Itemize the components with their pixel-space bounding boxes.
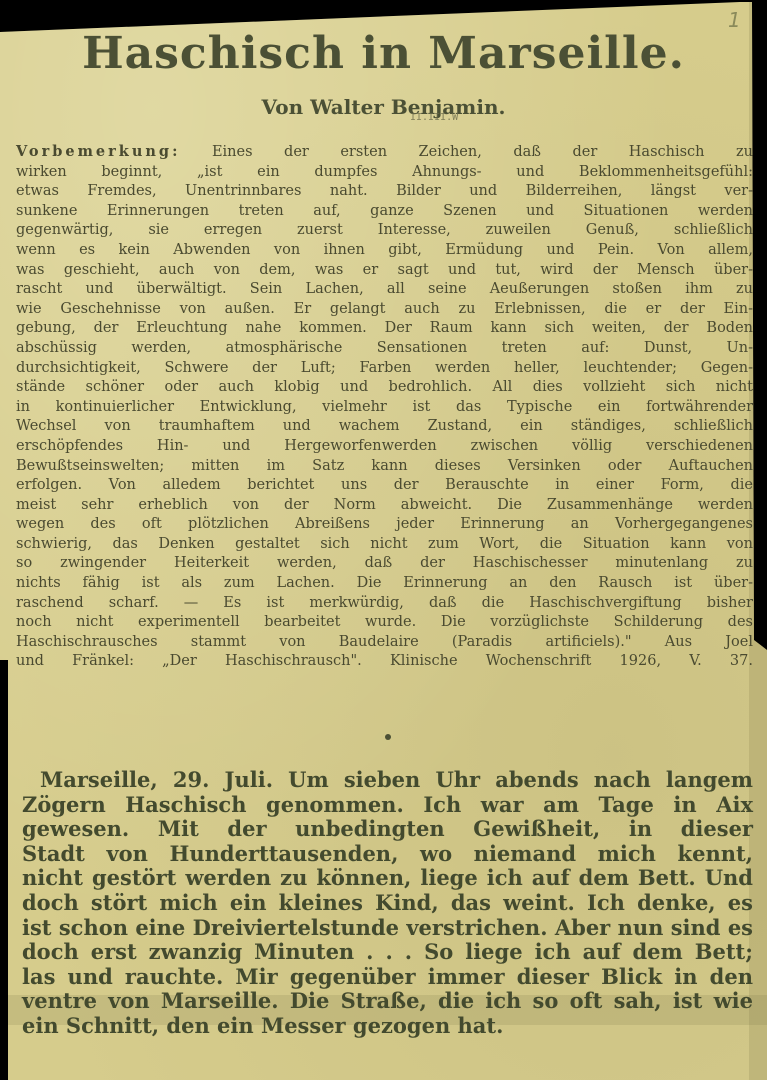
preface-line: schwierig, das Denken gestaltet sich nic… [16, 535, 753, 555]
body-line: ventre von Marseille. Die Straße, die ic… [22, 989, 753, 1014]
preface-line: wenn es kein Abwenden von ihnen gibt, Er… [16, 241, 753, 261]
body-line: las und rauchte. Mir gegenüber immer die… [22, 965, 753, 990]
preface-line: durchsichtigkeit, Schwere der Luft; Farb… [16, 359, 753, 379]
preface-line: Vorbemerkung: Eines der ersten Zeichen, … [16, 142, 753, 163]
body-line: ein Schnitt, den ein Messer gezogen hat. [22, 1014, 753, 1039]
preface-line: erfolgen. Von alledem berichtet uns der … [16, 476, 753, 496]
preface-line: erschöpfendes Hin- und Hergeworfenwerden… [16, 437, 753, 457]
preface-line: abschüssig werden, atmosphärische Sensat… [16, 339, 753, 359]
preface-line: raschend scharf. — Es ist merkwürdig, da… [16, 594, 753, 614]
preface-line: wie Geschehnisse von außen. Er gelangt a… [16, 300, 753, 320]
article-body: Marseille, 29. Juli. Um sieben Uhr abend… [22, 768, 753, 1039]
body-line: Marseille, 29. Juli. Um sieben Uhr abend… [22, 768, 753, 793]
preface-line: sunkene Erinnerungen treten auf, ganze S… [16, 202, 753, 222]
preface-line: meist sehr erheblich von der Norm abweic… [16, 496, 753, 516]
preface-line: Bewußtseinswelten; mitten im Satz kann d… [16, 457, 753, 477]
section-separator-dot [385, 734, 391, 740]
preface-line: und Fränkel: „Der Haschischrausch". Klin… [16, 652, 753, 672]
article-title: Haschisch in Marseille. [0, 28, 767, 79]
preface-line: nichts fähig ist als zum Lachen. Die Eri… [16, 574, 753, 594]
preface-line: gebung, der Erleuchtung nahe kommen. Der… [16, 319, 753, 339]
preface-line: so zwingender Heiterkeit werden, daß der… [16, 554, 753, 574]
preface-line: rascht und überwältigt. Sein Lachen, all… [16, 280, 753, 300]
preface-line: stände schöner oder auch klobig und bedr… [16, 378, 753, 398]
preface-line: wegen des oft plötzlichen Abreißens jede… [16, 515, 753, 535]
preface-line: gegenwärtig, sie erregen zuerst Interess… [16, 221, 753, 241]
body-line: nicht gestört werden zu können, liege ic… [22, 866, 753, 891]
preface-lead: Vorbemerkung: [16, 143, 180, 160]
body-line: doch erst zwanzig Minuten . . . So liege… [22, 940, 753, 965]
preface-line: in kontinuierlicher Entwicklung, vielmeh… [16, 398, 753, 418]
article-byline: Von Walter Benjamin. [0, 95, 767, 119]
body-line: doch stört mich ein kleines Kind, das we… [22, 891, 753, 916]
preface-line: noch nicht experimentell bearbeitet wurd… [16, 613, 753, 633]
archive-stamp: II.III.W [410, 112, 458, 123]
preface-line: etwas Fremdes, Unentrinnbares naht. Bild… [16, 182, 753, 202]
preface-line: wirken beginnt, „ist ein dumpfes Ahnungs… [16, 163, 753, 183]
body-line: gewesen. Mit der unbedingten Gewißheit, … [22, 817, 753, 842]
preface-line: Wechsel von traumhaftem und wachem Zusta… [16, 417, 753, 437]
preface-line: was geschieht, auch von dem, was er sagt… [16, 261, 753, 281]
body-line: Zögern Haschisch genommen. Ich war am Ta… [22, 793, 753, 818]
preface-paragraph: Vorbemerkung: Eines der ersten Zeichen, … [16, 142, 753, 672]
body-line: Stadt von Hunderttausenden, wo niemand m… [22, 842, 753, 867]
body-line: ist schon eine Dreiviertelstunde verstri… [22, 916, 753, 941]
preface-line: Haschischrausches stammt von Baudelaire … [16, 633, 753, 653]
newspaper-clipping: 1 Haschisch in Marseille. Von Walter Ben… [0, 0, 767, 1080]
